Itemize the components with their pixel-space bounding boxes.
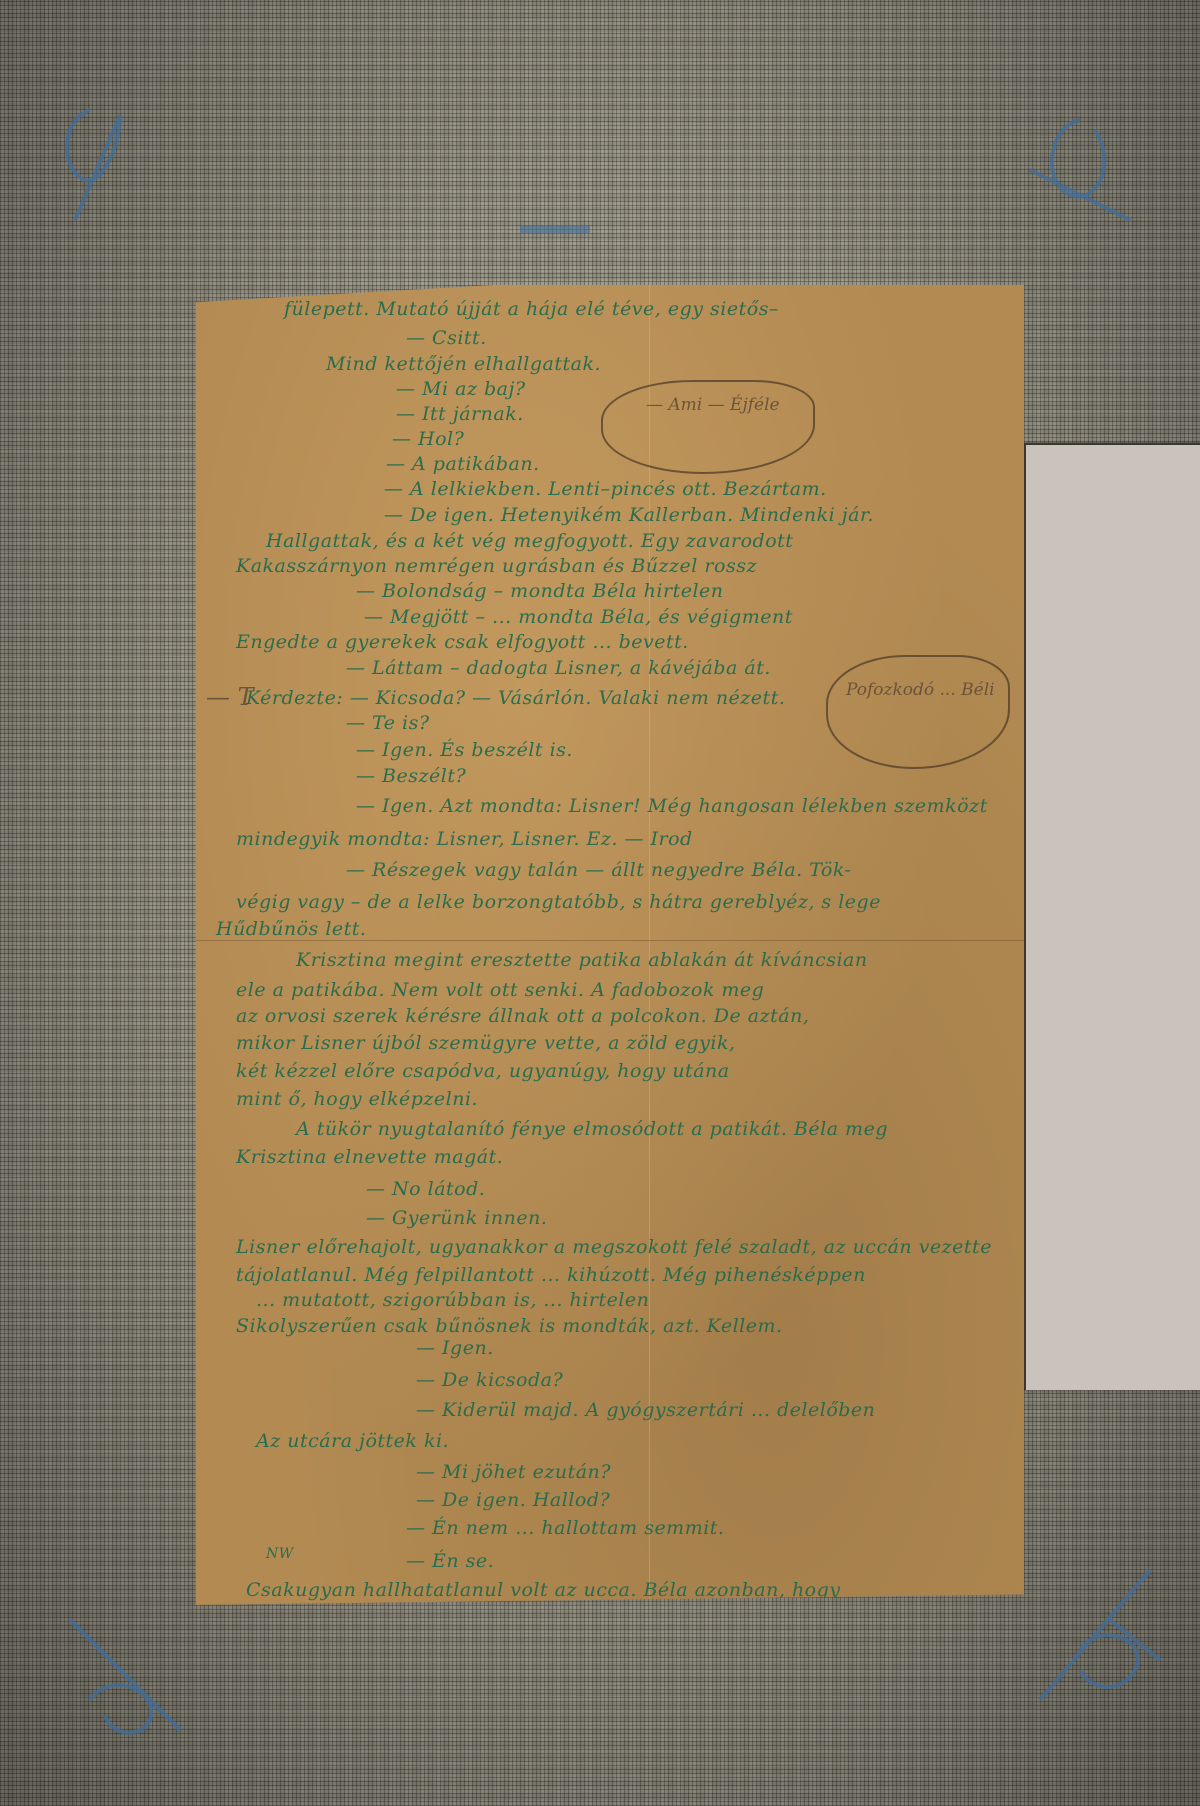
blue-pencil-mark-top-center	[520, 225, 590, 237]
blue-pencil-mark-bottom-left	[50, 1600, 200, 1750]
manuscript-line: — Beszélt?	[356, 767, 466, 786]
manuscript-line: — Én nem ... hallottam semmit.	[406, 1519, 724, 1538]
blue-pencil-mark-bottom-right	[1020, 1560, 1170, 1710]
manuscript-line: — Igen.	[416, 1339, 494, 1358]
manuscript-line: Krisztina megint eresztette patika ablak…	[296, 951, 868, 970]
manuscript-line: — De igen. Hetenyikém Kallerban. Mindenk…	[384, 506, 874, 525]
manuscript-line: fülepett. Mutató újját a hája elé téve, …	[284, 300, 779, 319]
pencil-note-right: Pofozkodó ... Béli	[846, 680, 995, 700]
manuscript-line: A tükör nyugtalanító fénye elmosódott a …	[296, 1120, 888, 1139]
manuscript-line: ne kerüljön gyanúba, és Eszti–félét mess…	[236, 1611, 910, 1630]
manuscript-line: Az utcára jöttek ki.	[256, 1432, 449, 1451]
manuscript-line: két kézzel előre csapódva, ugyanúgy, hog…	[236, 1062, 730, 1081]
manuscript-line: Kérdezte: — Kicsoda? — Vásárlón. Valaki …	[246, 689, 785, 708]
blue-pencil-mark-top-left	[50, 100, 140, 230]
pencil-note-center: — Ami — Éjféle	[646, 395, 780, 415]
manuscript-line: — Mi az baj?	[396, 380, 526, 399]
pencil-note-left-mark: — T	[206, 683, 254, 711]
manuscript-line: — A patikában.	[386, 455, 540, 474]
manuscript-line: — Megjött – ... mondta Béla, és végigmen…	[364, 608, 793, 627]
manuscript-line: mikor Lisner újból szemügyre vette, a zö…	[236, 1034, 736, 1053]
manuscript-line: Sikolyszerűen csak bűnösnek is mondták, …	[236, 1317, 783, 1336]
manuscript-line: — Bolondság – mondta Béla hirtelen	[356, 582, 724, 601]
manuscript-line: — Mi jöhet ezután?	[416, 1463, 611, 1482]
white-card	[1024, 443, 1200, 1390]
manuscript-line: — Kiderül majd. A gyógyszertári ... dele…	[416, 1401, 875, 1420]
manuscript-line: — De igen. Hallod?	[416, 1491, 610, 1510]
manuscript-line: tájolatlanul. Még felpillantott ... kihú…	[236, 1266, 866, 1285]
ink-note-nw: NW	[266, 1547, 294, 1561]
manuscript-line: — Te is?	[346, 714, 430, 733]
manuscript-line: — A lelkiekben. Lenti–pincés ott. Bezárt…	[384, 480, 827, 499]
manuscript-line: — No látod.	[366, 1180, 485, 1199]
manuscript-page: fülepett. Mutató újját a hája elé téve, …	[196, 285, 1024, 1605]
manuscript-line: — Láttam – dadogta Lisner, a kávéjába át…	[346, 659, 771, 678]
manuscript-line: mint ő, hogy elképzelni.	[236, 1090, 478, 1109]
blue-pencil-mark-top-right	[1020, 110, 1140, 230]
manuscript-line: — Én se.	[406, 1552, 494, 1571]
manuscript-line: — De kicsoda?	[416, 1371, 563, 1390]
manuscript-line: Kakasszárnyon nemrégen ugrásban és Bűzze…	[236, 557, 757, 576]
manuscript-line: — Igen. Azt mondta: Lisner! Még hangosan…	[356, 797, 988, 816]
manuscript-line: — Hol?	[392, 430, 464, 449]
fold-crease-horizontal	[196, 940, 1024, 941]
manuscript-line: — Itt járnak.	[396, 405, 524, 424]
manuscript-line: Engedte a gyerekek csak elfogyott ... be…	[236, 633, 689, 652]
manuscript-line: Csakugyan hallhatatlanul volt az ucca. B…	[246, 1581, 841, 1600]
manuscript-line: — Részegek vagy talán — állt negyedre Bé…	[346, 861, 851, 880]
manuscript-line: Hűdbűnös lett.	[216, 920, 366, 939]
manuscript-line: — Igen. És beszélt is.	[356, 741, 573, 760]
manuscript-line: Mind kettőjén elhallgattak.	[326, 355, 601, 374]
manuscript-line: ... mutatott, szigorúbban is, ... hirtel…	[256, 1291, 649, 1310]
manuscript-line: végig vagy – de a lelke borzongtatóbb, s…	[236, 893, 881, 912]
manuscript-line: — Csitt.	[406, 329, 487, 348]
manuscript-line: mindegyik mondta: Lisner, Lisner. Ez. — …	[236, 830, 693, 849]
manuscript-line: — Gyerünk innen.	[366, 1209, 547, 1228]
manuscript-line: Lisner előrehajolt, ugyanakkor a megszok…	[236, 1238, 992, 1257]
pencil-circle-annotation-right	[826, 655, 1010, 769]
manuscript-line: ele a patikába. Nem volt ott senki. A fa…	[236, 981, 764, 1000]
manuscript-line: Hallgattak, és a két vég megfogyott. Egy…	[266, 532, 793, 551]
manuscript-line: az orvosi szerek kérésre állnak ott a po…	[236, 1007, 809, 1026]
manuscript-line: Krisztina elnevette magát.	[236, 1148, 503, 1167]
